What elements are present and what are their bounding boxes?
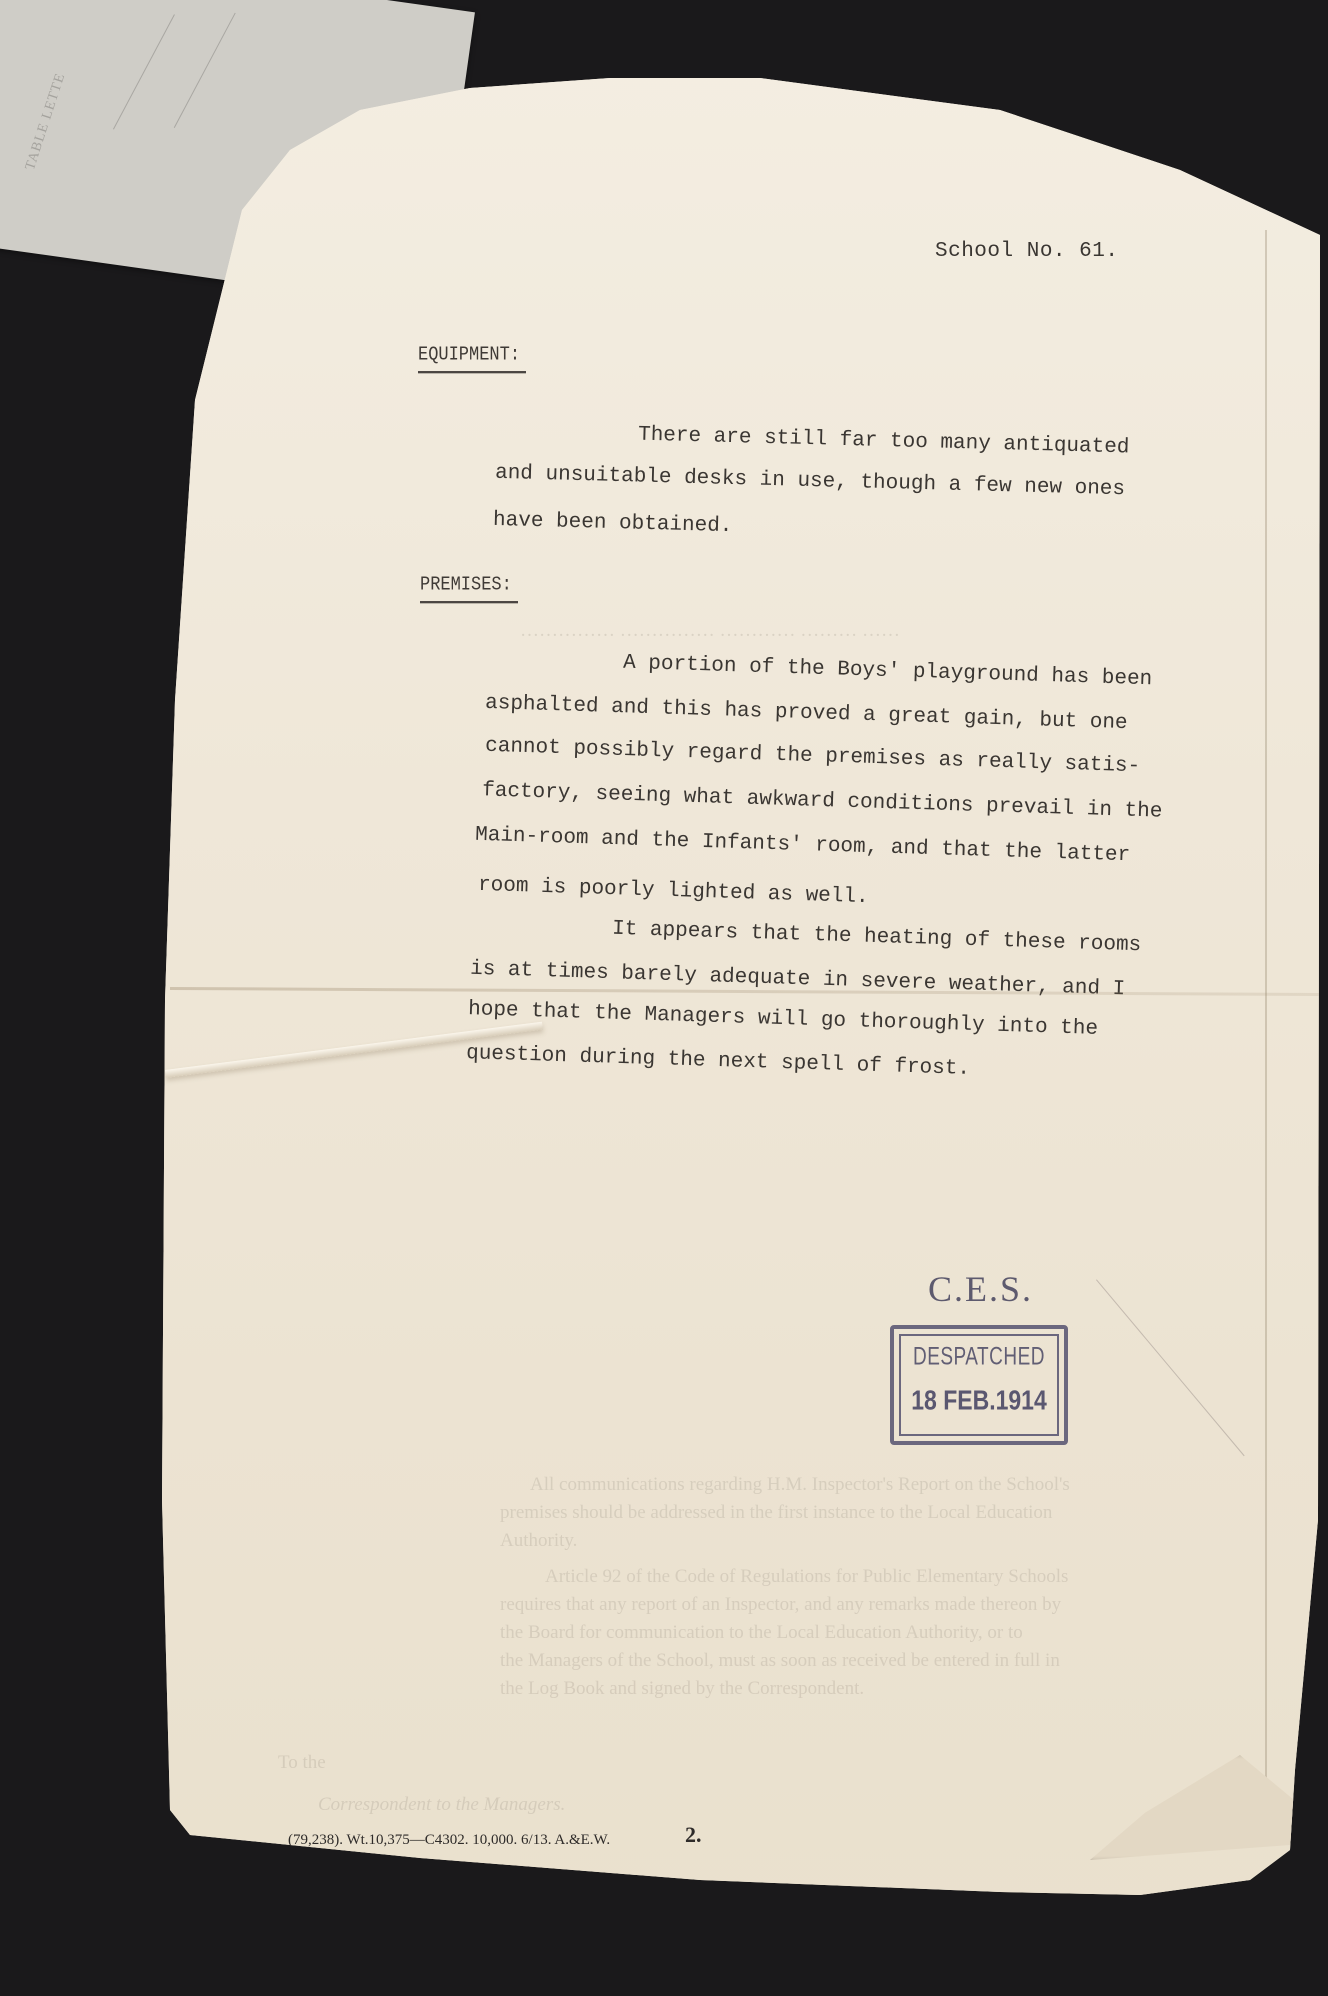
show-through-line: All communications regarding H.M. Inspec…: [530, 1474, 1070, 1496]
show-through-address: Correspondent to the Managers.: [318, 1794, 565, 1816]
stamp-label: DESPATCHED: [894, 1344, 1064, 1373]
stamp-date: 18 FEB.1914: [894, 1384, 1064, 1416]
despatched-stamp: DESPATCHED 18 FEB.1914: [890, 1325, 1068, 1445]
signature-initials: C.E.S.: [928, 1268, 1033, 1310]
show-through-line: Article 92 of the Code of Regulations fo…: [545, 1566, 1068, 1588]
vertical-fold-line: [1265, 230, 1267, 1790]
show-through-line: requires that any report of an Inspector…: [500, 1594, 1061, 1616]
show-through-line: the Board for communication to the Local…: [500, 1622, 1023, 1644]
show-through-line: …………… …………… ………… ……… ……: [520, 620, 900, 642]
show-through-line: the Managers of the School, must as soon…: [500, 1650, 1060, 1672]
section-heading-premises: PREMISES:: [420, 575, 512, 597]
show-through-line: premises should be addressed in the firs…: [500, 1502, 1052, 1524]
underlying-sheet-rule: [113, 14, 175, 129]
show-through-address: To the: [278, 1752, 326, 1774]
school-number: School No. 61.: [935, 240, 1118, 263]
section-heading-equipment: EQUIPMENT:: [418, 345, 520, 367]
document-page: …………… …………… ………… ……… …… All communicatio…: [0, 0, 1328, 1996]
show-through-line: the Log Book and signed by the Correspon…: [500, 1678, 864, 1700]
print-code: (79,238). Wt.10,375—C4302. 10,000. 6/13.…: [288, 1832, 610, 1849]
underlying-sheet-rule: [174, 13, 236, 128]
show-through-line: Authority.: [500, 1530, 577, 1552]
underlying-sheet-print: TABLE LETTE: [23, 71, 70, 172]
page-number: 2.: [685, 1822, 702, 1848]
